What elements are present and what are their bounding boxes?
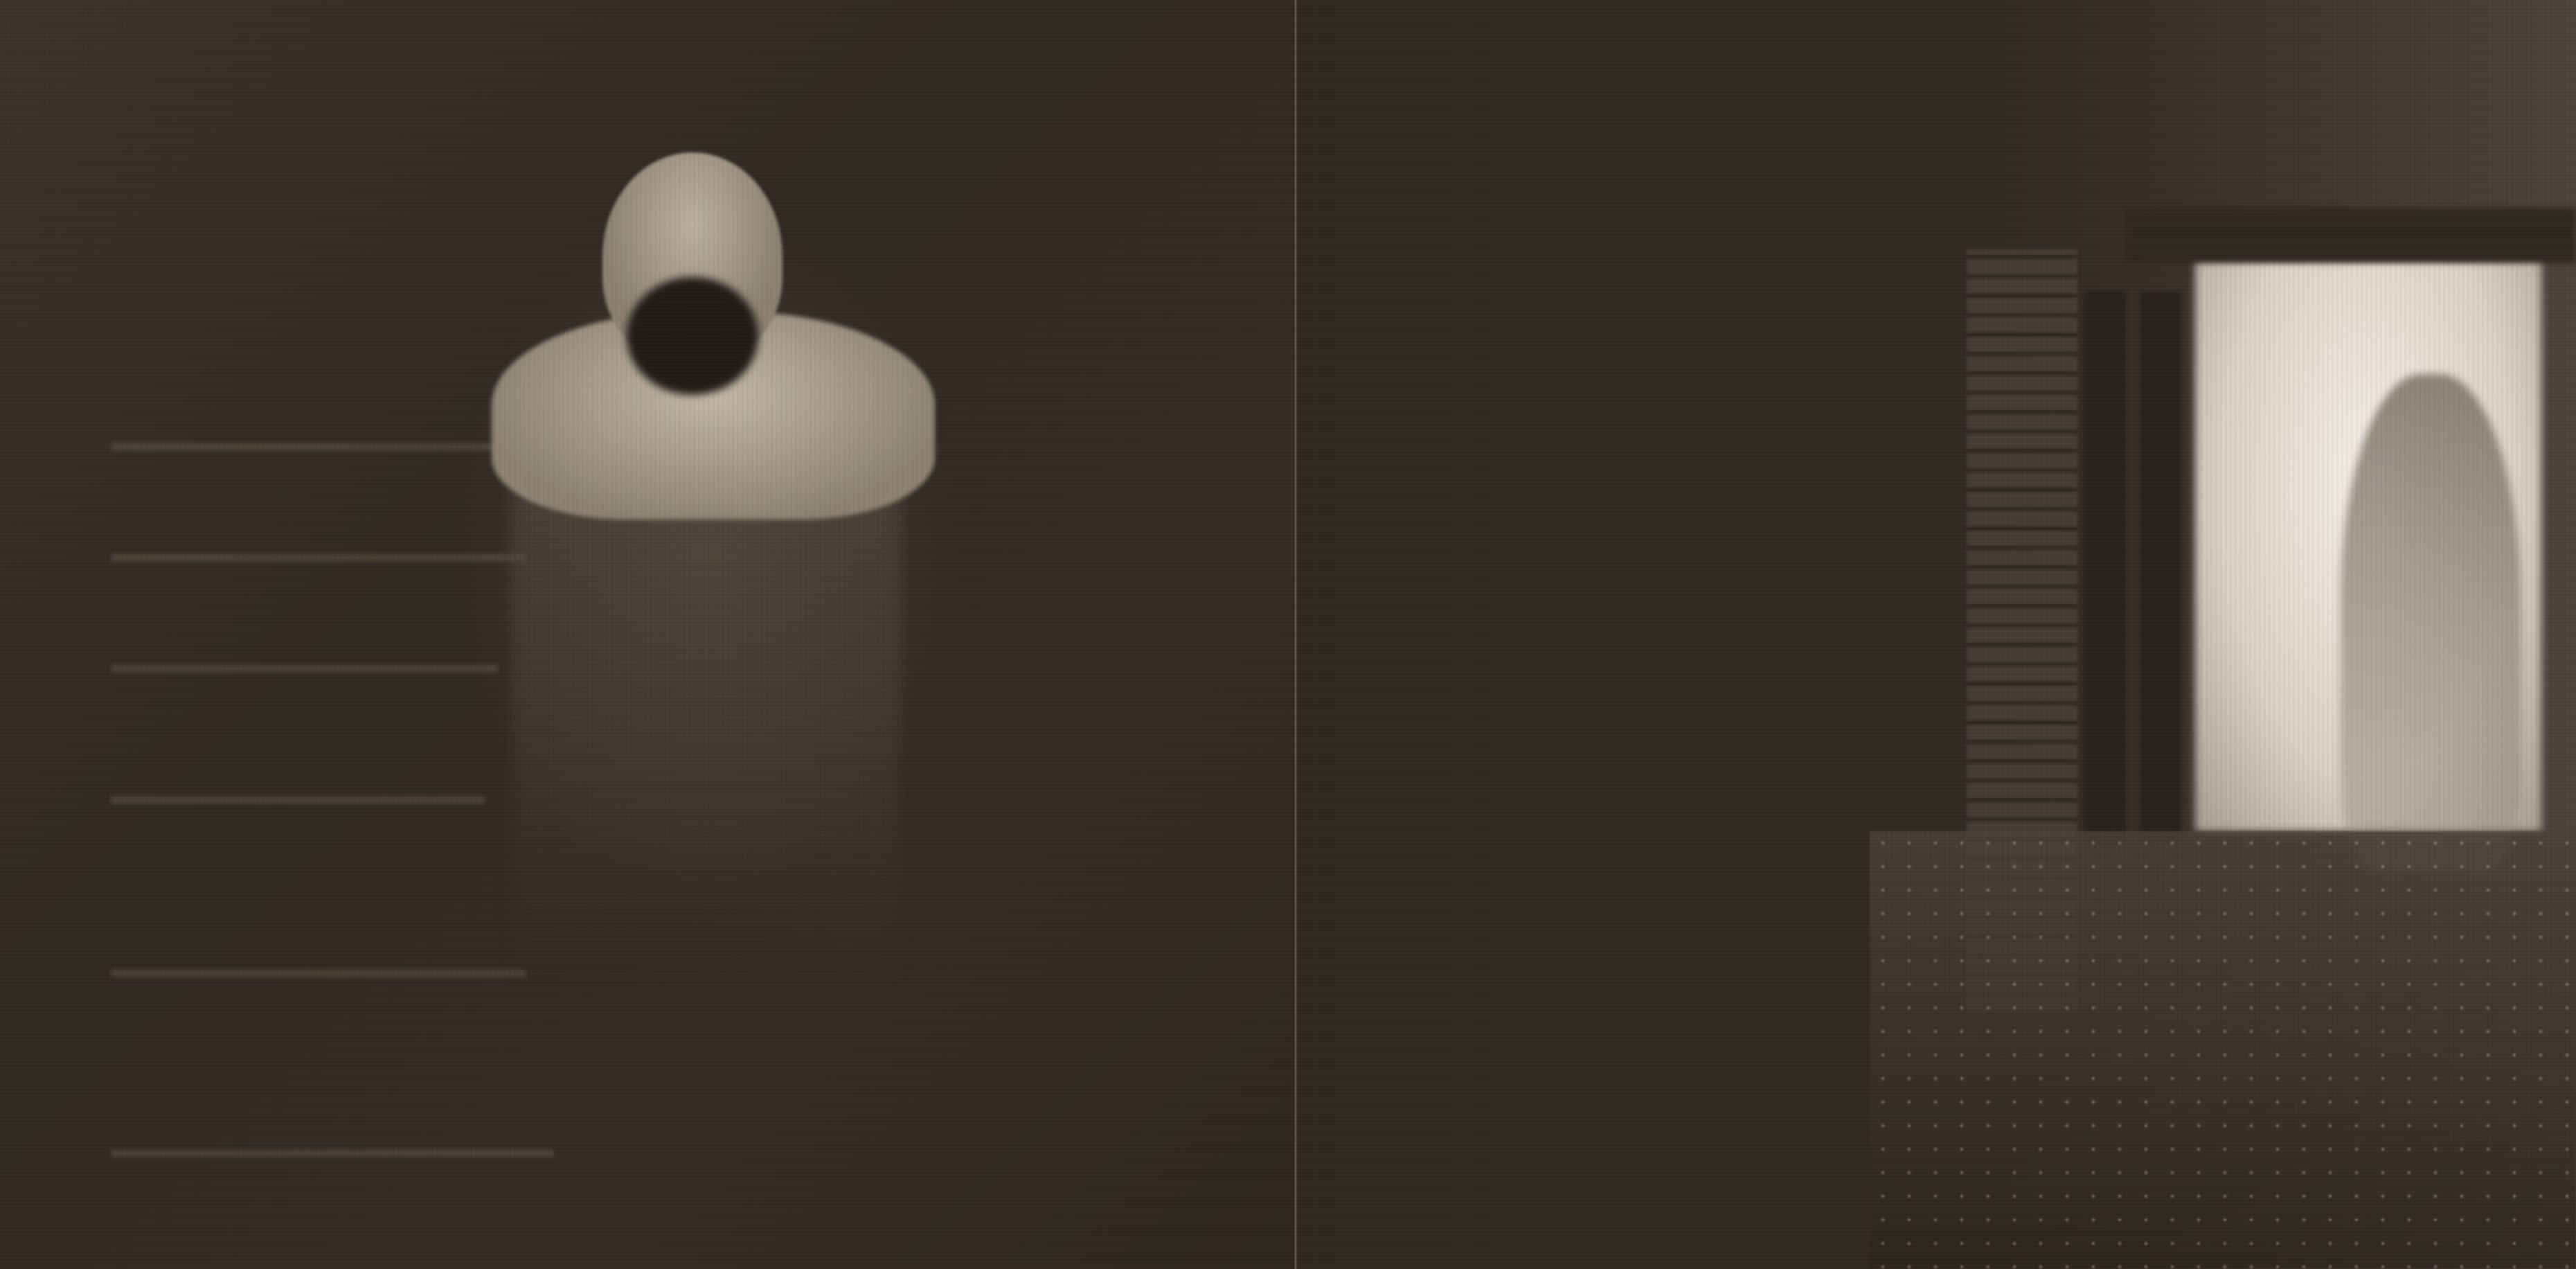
left-page-photo bbox=[0, 0, 1296, 1269]
pillar bbox=[2084, 291, 2126, 845]
pillar bbox=[2140, 291, 2181, 845]
figure-torso bbox=[512, 485, 900, 970]
figure-face-shadow bbox=[627, 277, 758, 395]
door-lintel bbox=[2126, 208, 2576, 263]
walking-figure bbox=[2341, 374, 2521, 873]
booklet-spine bbox=[1294, 0, 1298, 1269]
stair-step bbox=[111, 970, 526, 977]
stair-step bbox=[111, 1150, 554, 1157]
debris-floor bbox=[1870, 831, 2576, 1269]
booklet-spread bbox=[0, 0, 2576, 1269]
stair-step bbox=[111, 665, 499, 672]
stair-step bbox=[111, 443, 540, 450]
stair-step bbox=[111, 554, 526, 561]
stair-step bbox=[111, 797, 485, 804]
